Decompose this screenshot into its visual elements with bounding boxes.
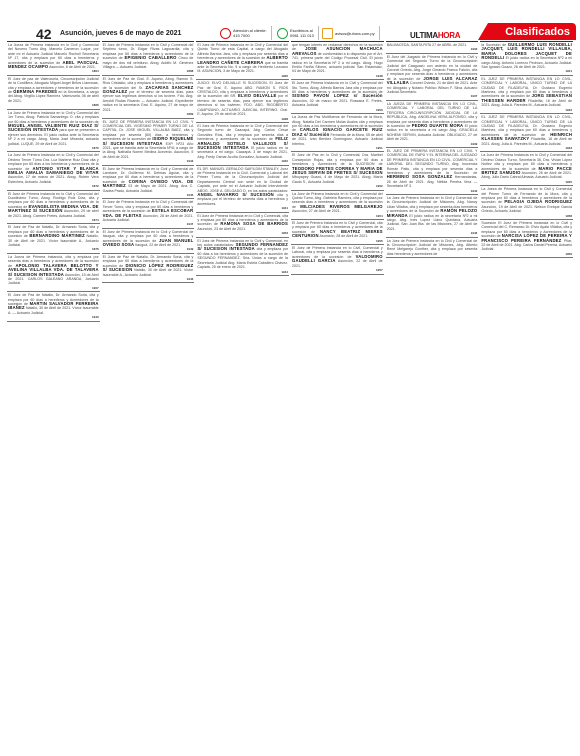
notice-code: 1951 (292, 146, 383, 150)
notice-code: 1954 (292, 214, 383, 218)
contact-value: 415 7000 (233, 33, 250, 38)
legal-notice: El Juez de Primera Instancia en lo Civil… (196, 42, 289, 80)
deceased-name: PELAGIA OJEDA RODRIGUEZ (504, 199, 572, 204)
notice-code: 1941 (197, 206, 288, 210)
notice-text: BALMACEDA, SANTA RITA 27 de ABRIL de 202… (387, 43, 467, 47)
legal-notice: la Sucesión de GUILLERMO LUIS RONDELLI J… (480, 42, 573, 76)
legal-notice: El Juez de Primera Instancia en lo Civil… (196, 238, 289, 276)
notice-tail: Mbuyapey Guazú, 4 de Mayo de 2021. Abog.… (292, 175, 383, 183)
notice-code: 1933 (387, 47, 478, 51)
notice-text: El Juez de Primera Instancia en lo Civil… (292, 81, 383, 94)
page-date: Asunción, jueves 6 de mayo de 2021 (60, 30, 181, 37)
notice-code: 1957 (292, 268, 383, 272)
legal-notice: La Juez de Primera Instancia en lo Civil… (480, 152, 573, 186)
legal-notice: La Juez de Primera Instancia en lo Civil… (291, 191, 384, 220)
legal-notice: El Juez de Primera Instancia en lo Civil… (196, 123, 289, 166)
notice-code: 1943 (103, 159, 194, 163)
classifieds-columns: La Jueza de Primera Instancia en lo Civi… (7, 41, 573, 746)
deceased-name: ANGEL NAVARRO S/ SUCESIÓN (197, 192, 274, 197)
notice-code: 1948 (292, 74, 383, 78)
legal-notice: El Juez de Primera Instancia en lo Civil… (102, 166, 195, 200)
notice-tail: Asunción, 28 de Abril de 2021. (320, 234, 369, 238)
contact-whatsapp[interactable]: Escribinos al0981 111 013 (277, 26, 319, 40)
legal-notice: El Juez de Primera Instancia en lo Civil… (196, 213, 289, 238)
notice-code: 1868 (103, 69, 194, 73)
legal-notice: que tengan interés en reclamar derechos … (291, 42, 384, 80)
deceased-name: ELVIO DELVALLE (238, 93, 276, 98)
legal-notice: La Jueza de Primera Instancia en lo Civi… (7, 42, 100, 76)
legal-notice: La Juez de Primera Instancia en lo Civil… (386, 195, 479, 238)
legal-notice: EL JUEZ DE PRIMERA INSTANCIA EN LO CIVIL… (480, 114, 573, 152)
deceased-name: RAMONA SOSA DE BARRIOS (220, 221, 288, 226)
legal-notice: El Juez de Primera Instancia en lo Civil… (291, 245, 384, 274)
deceased-name: BERNARDINO MARTINEZ (29, 233, 85, 238)
notice-code: 1870 (8, 146, 99, 150)
contact-phone[interactable]: Atención al cliente:415 7000 (220, 26, 272, 40)
notice-code: 1874 (8, 218, 99, 222)
phone-icon (220, 28, 231, 39)
notice-code: 1952 (292, 184, 383, 188)
brand-hora: HORA (438, 31, 460, 40)
legal-notice: El Juez de Primera Instancia en lo Civil… (291, 220, 384, 245)
notice-code: 1940 (197, 159, 288, 163)
legal-notice: El Juez de Primera Instancia en lo Civil… (102, 229, 195, 254)
brand-ultima: ULTIMA (410, 31, 438, 40)
notice-code: 1872 (8, 184, 99, 188)
legal-notice: EL JUEZ DE PRIMERA INSTANCIA EN LO CIVIL… (480, 76, 573, 114)
contact-value: avisos@uhora.com.py (335, 31, 375, 36)
deceased-name: MILCIADES RIVEROS MELGAREJO (300, 204, 382, 209)
notice-code: 1864 (8, 69, 99, 73)
notice-code: 1945 (103, 193, 194, 197)
deceased-name: GERMINA PAREDES (13, 89, 57, 94)
notice-code: 1946 (387, 231, 478, 235)
legal-notice: El Juez de Primera Instancia en lo Civil… (102, 199, 195, 228)
whatsapp-icon (277, 28, 288, 39)
legal-notice: Sucesión El Juez de Primera Instancia en… (480, 220, 573, 258)
notice-code: 1944 (197, 270, 288, 274)
deceased-name: HERMINIO SOSA GONZALEZ (387, 174, 453, 179)
notice-code: 1935 (197, 74, 288, 78)
page-number: 42 (36, 26, 52, 42)
notice-code: 1950 (292, 108, 383, 112)
legal-notice: EL JUEZ DE PRIMERA INSTANCIA EN LO CIVIL… (386, 148, 479, 195)
deceased-name: TEODORO FRETES CORREA Y MARIA DE JESUS S… (292, 166, 383, 175)
legal-notice: EL DR. MANUEL GERALDO SAIFILDIN STANLEY,… (196, 166, 289, 213)
notice-tail: Asunción, 17 de marzo de 2021. Abog. Rub… (8, 175, 99, 183)
column-2: El Juez de Primera Instancia en lo Civil… (102, 41, 195, 747)
notice-code: 1866 (8, 103, 99, 107)
notice-tail: Asunción, 6 de Abril de 2021. (49, 65, 96, 69)
legal-notice: El Juez de Paz de Gral. E. Aquino, Abog.… (102, 76, 195, 119)
column-3: El Juez de Primera Instancia en lo Civil… (196, 41, 289, 747)
legal-notice: EL JUEZ DE PRIMERA INSTANCIA EN LO CIVIL… (102, 119, 195, 166)
notice-text: La Juez de Primera Instancia en lo Civil… (8, 111, 99, 124)
section-title: Clasificados (478, 23, 576, 40)
legal-notice: El Juez de paz de Valenzuela, Circunscri… (7, 76, 100, 110)
notice-code: 1944 (387, 189, 478, 193)
notice-code: 1953 (197, 231, 288, 235)
column-5: BALMACEDA, SANTA RITA 27 de ABRIL de 202… (386, 41, 479, 747)
legal-notice: La Juez de Primera Instancia en lo Civil… (7, 152, 100, 190)
notice-tail: Asunción, 02 de marzo de 2021. Rossana E… (292, 99, 383, 107)
legal-notice: El Juez de Paz de Natalio, Dr. Armando S… (7, 224, 100, 253)
legal-notice: El Juez de Paz en lo Civil y Comercial, … (291, 152, 384, 190)
column-6: la Sucesión de GUILLERMO LUIS RONDELLI J… (480, 41, 573, 747)
notice-code: 1943 (481, 146, 572, 150)
notice-code: 1941 (481, 69, 572, 73)
notice-code: 1876 (8, 247, 99, 251)
notice-code: 1942 (481, 108, 572, 112)
column-4: que tengan interés en reclamar derechos … (291, 41, 384, 747)
legal-notice: La Jueza de Paz Multifueros de Fernando … (291, 114, 384, 152)
column-1: La Jueza de Primera Instancia en lo Civi… (7, 41, 100, 747)
deceased-name: PEDRO DUARTE MORA (412, 123, 464, 128)
page-header: 42 Asunción, jueves 6 de mayo de 2021 At… (0, 0, 580, 40)
notice-text: La Juez de Primera Instancia en lo Civil… (387, 239, 478, 256)
legal-notice: El Juez de Primera Instancia en lo Civil… (291, 80, 384, 114)
legal-notice: La Juez de Primera Instancia en lo Civil… (7, 110, 100, 153)
deceased-name: EPIGENIO CABALLERO (124, 55, 176, 60)
deceased-name: SISINIO PAVON LOPEZ s/ Sucesión (292, 93, 383, 98)
notice-text: El Juez de Paz en lo Civil y Comercial, … (292, 153, 383, 166)
notice-code: 1956 (292, 239, 383, 243)
legal-notice: BALMACEDA, SANTA RITA 27 de ABRIL de 202… (386, 42, 479, 54)
notice-code: 1938 (197, 117, 288, 121)
notice-code: 1946 (103, 277, 194, 281)
notice-code: 1947 (103, 222, 194, 226)
legal-notice: El Juez de Paz de Natalio, Dr. Armando S… (102, 254, 195, 283)
legal-notice: El Juez del Juzgado de Primera Instancia… (386, 54, 479, 101)
notice-code: 1959 (481, 252, 572, 256)
notice-code: 1869 (103, 112, 194, 116)
notice-code: 1939 (387, 142, 478, 146)
notice-tail: Asunción, 19 de Abril de 2021. Nelson En… (481, 205, 572, 213)
email-icon (322, 28, 333, 39)
notice-code: 1940 (8, 315, 99, 319)
legal-notice: El Juez de Paz de Natalio, Dr. Armando S… (7, 292, 100, 321)
notice-text: EL JUEZ DE PRIMERA INSTANCIA EN LO CIVIL… (387, 149, 478, 175)
notice-tail: Itauguá, 22 de Abril de 2021. (135, 243, 181, 247)
legal-notice: LA JUEZA DE PRIMERA INSTANCIA EN LO CIVI… (386, 101, 479, 148)
notice-code: 1949 (103, 247, 194, 251)
legal-notice: El Juez de Primera Instancia en lo Civil… (102, 42, 195, 76)
legal-notice: La Juez de Primera Instancia en lo Civil… (386, 238, 479, 259)
notice-text: EL DR. MANUEL GERALDO SAIFILDIN STANLEY,… (197, 167, 288, 193)
notice-tail: Asunción, 23 de Abril de 2021. (197, 227, 246, 231)
notice-tail: Asunción, 27 de Abril de 2021. (292, 209, 341, 213)
notice-code: 1907 (8, 286, 99, 290)
legal-notice: La Jueza de Primera Instancia en lo Civi… (480, 186, 573, 220)
notice-code: 1945 (481, 180, 572, 184)
contact-email[interactable]: avisos@uhora.com.py (322, 26, 380, 40)
legal-notice: JUICIO: ELVO DELVALLE S/ SUCESION. El Ju… (196, 80, 289, 123)
notice-code: 1937 (387, 94, 478, 98)
contact-value: 0981 111 013 (290, 33, 314, 38)
legal-notice: La Jueza de Primera Instancia, cita y em… (7, 254, 100, 292)
brand-logo: ULTIMAHORA (410, 31, 460, 40)
legal-notice: El Juez de Primera Instancia en lo Civil… (7, 191, 100, 225)
notice-code: 1958 (481, 214, 572, 218)
